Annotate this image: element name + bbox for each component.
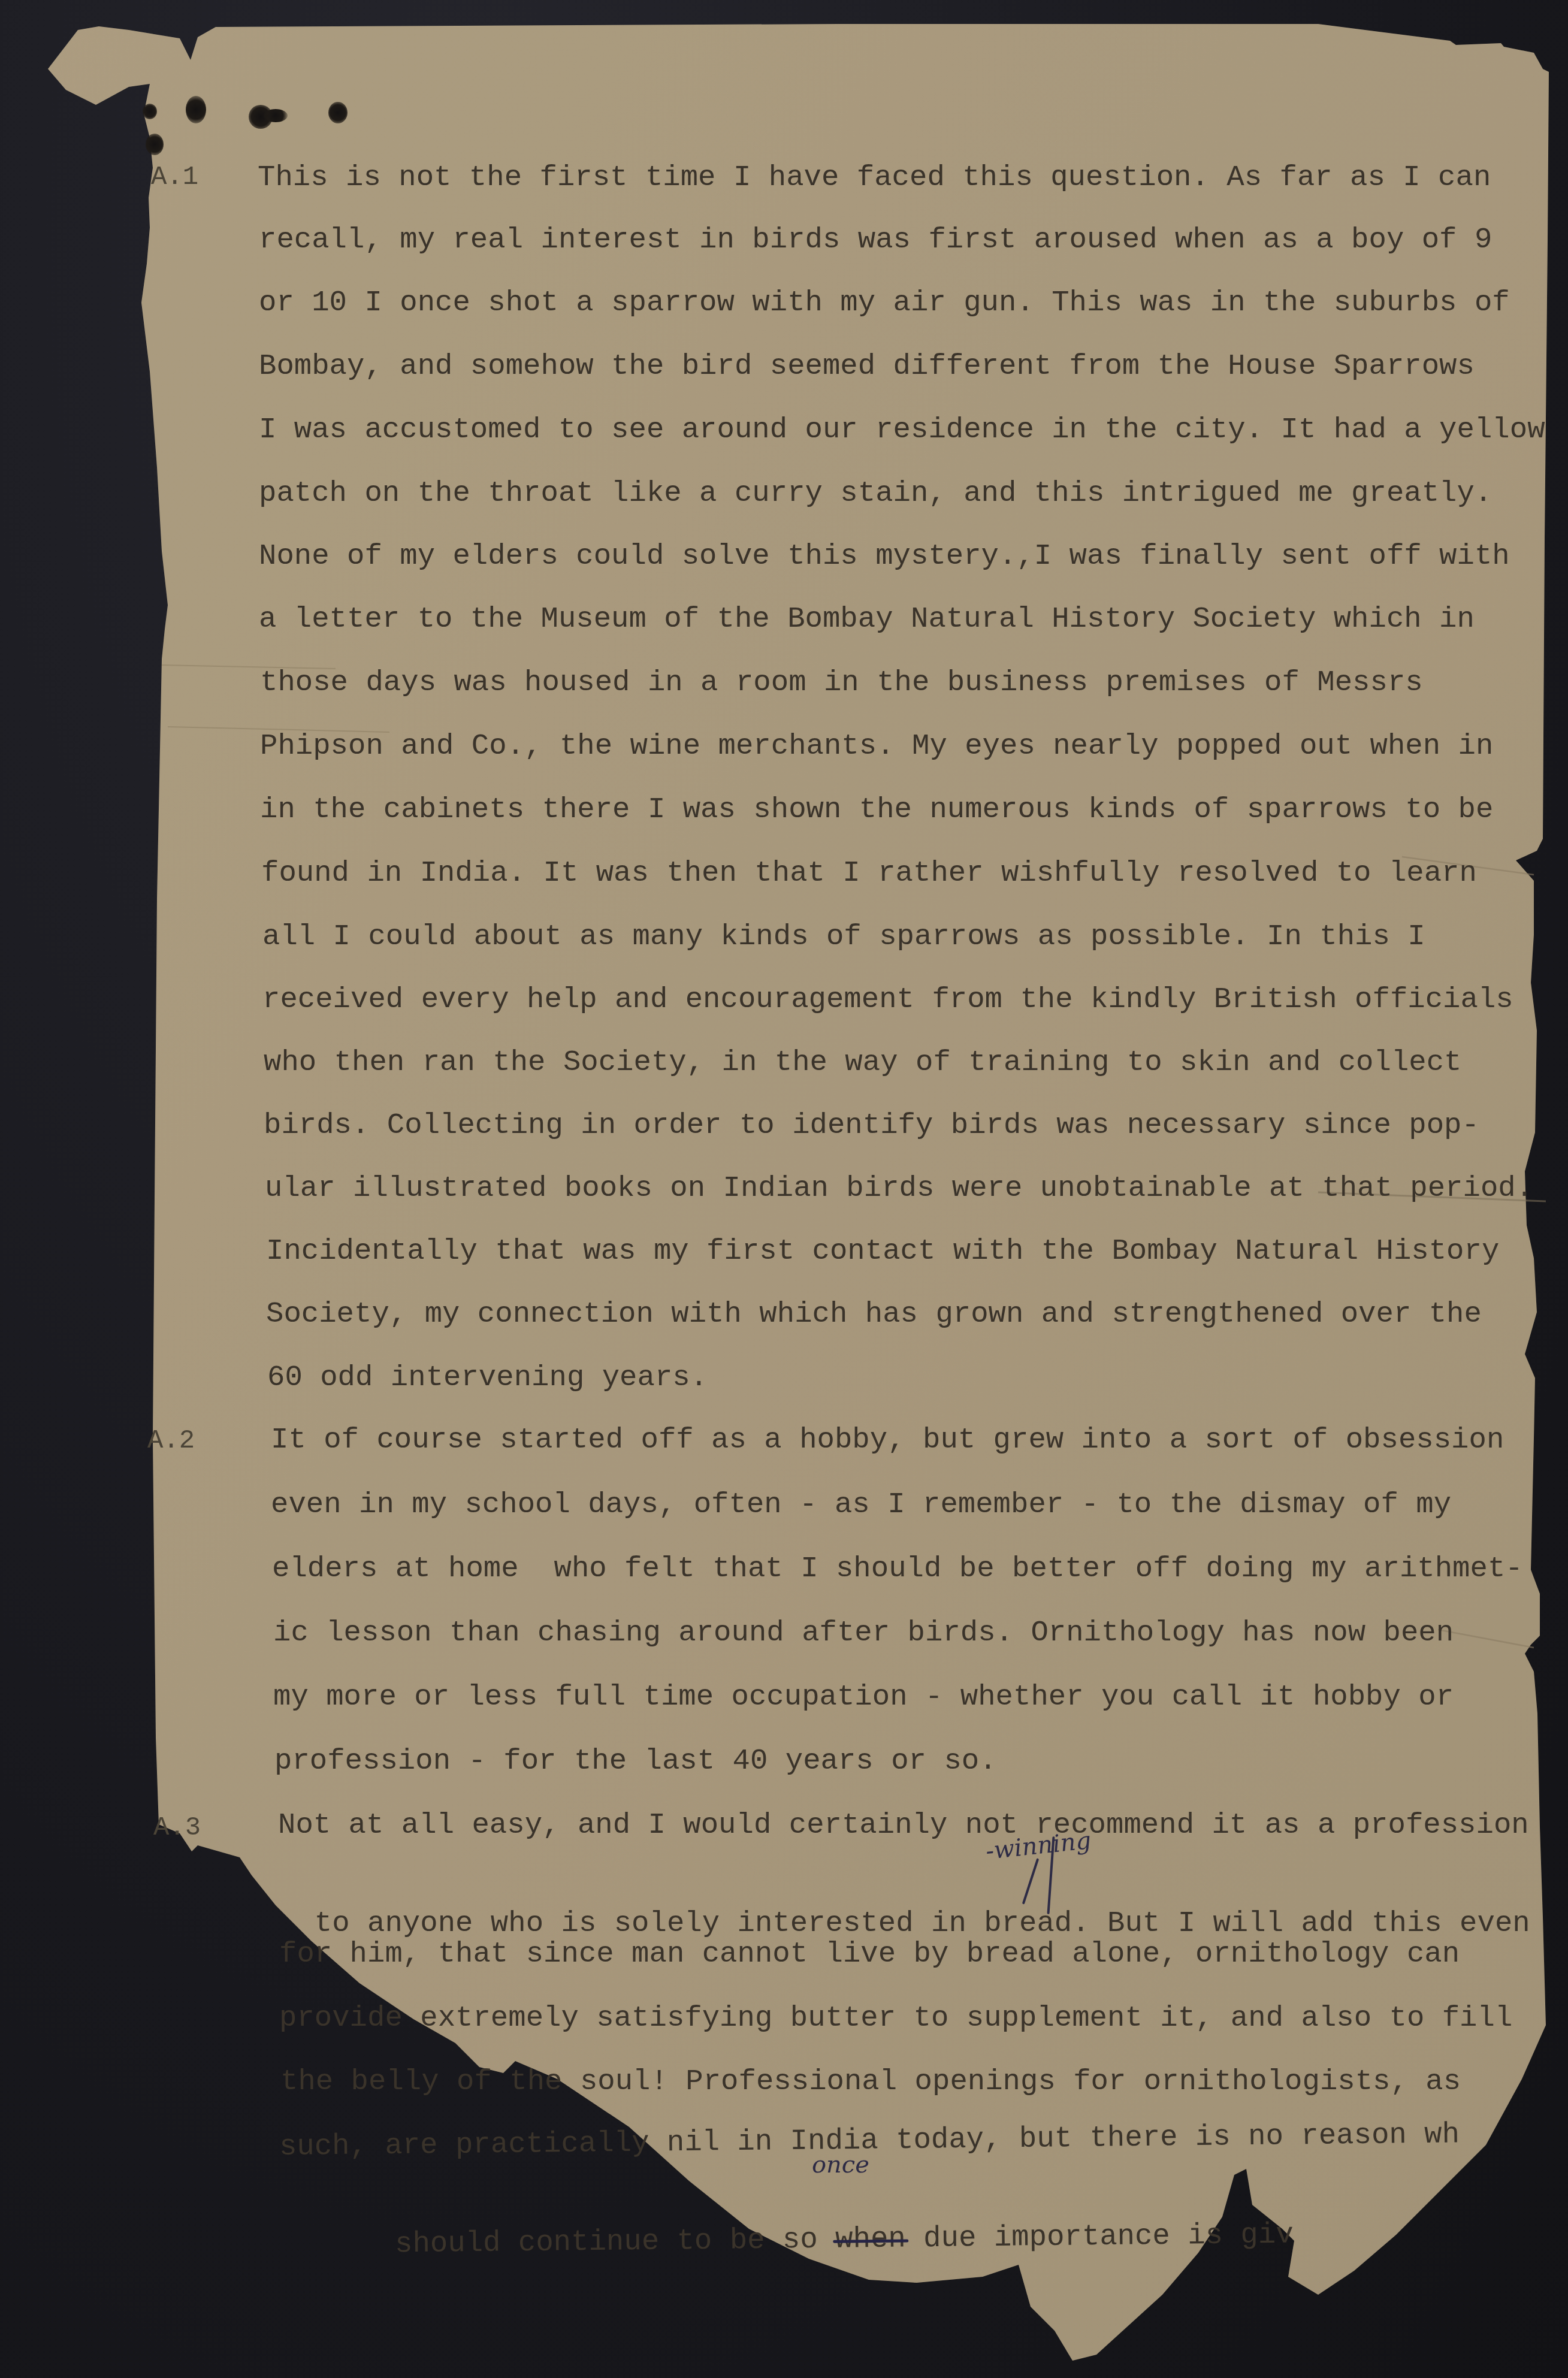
struck-word: when [835,2222,906,2256]
text-line: Not at all easy, and I would certainly n… [278,1808,1529,1842]
text-line: provide extremely satisfying butter to s… [279,2001,1512,2035]
handwritten-replacement: once [812,2151,869,2178]
text-line: or 10 I once shot a sparrow with my air … [259,286,1510,319]
text-line: recall, my real interest in birds was fi… [259,223,1492,256]
ink-spot [186,96,206,123]
text-line: found in India. It was then that I rathe… [261,856,1477,890]
text-line: even in my school days, often - as I rem… [271,1488,1451,1521]
text-line: This is not the first time I have faced … [258,161,1491,194]
text-line: 60 odd intervening years. [267,1361,708,1394]
text-segment: due importance is giv [906,2218,1294,2256]
text-line: Bombay, and somehow the bird seemed diff… [259,349,1475,383]
text-line: all I could about as many kinds of sparr… [262,920,1425,953]
ink-spot [328,102,348,123]
section-label-a1: A.1 [151,161,198,194]
text-segment: . But I will add this even [1072,1906,1530,1940]
text-line: profession - for the last 40 years or so… [274,1744,997,1778]
text-line: a letter to the Museum of the Bombay Nat… [259,602,1475,636]
text-segment: should continue to be so [395,2223,836,2261]
text-line-with-correction: should continue to be so when due import… [359,2184,1294,2261]
text-line: ic lesson than chasing around after bird… [273,1616,1454,1649]
text-segment: to anyone who is solely interested in br… [315,1906,1072,1940]
section-label-a2: A.2 [147,1424,195,1458]
text-line-with-insertion: to anyone who is solely interested in br… [279,1873,1530,1940]
text-line: who then ran the Society, in the way of … [264,1046,1462,1079]
text-line: I was accustomed to see around our resid… [259,413,1545,446]
text-line: It of course started off as a hobby, but… [271,1423,1504,1457]
text-line: Society, my connection with which has gr… [266,1297,1482,1331]
section-label-a3: A.3 [153,1811,201,1845]
text-line: my more or less full time occupation - w… [273,1680,1454,1714]
text-line: Incidentally that was my first contact w… [266,1234,1499,1268]
ink-spot [143,104,157,119]
text-line: Phipson and Co., the wine merchants. My … [260,729,1493,763]
text-line: the belly of the soul! Professional open… [280,2065,1461,2098]
ink-spot [146,134,164,155]
text-line: received every help and encouragement fr… [262,983,1513,1016]
text-line: in the cabinets there I was shown the nu… [260,793,1493,826]
text-line: those days was housed in a room in the b… [260,666,1423,699]
text-line: for him, that since man cannot live by b… [279,1937,1460,1971]
text-line: None of my elders could solve this myste… [259,539,1510,573]
text-line: elders at home who felt that I should be… [272,1552,1523,1585]
text-line: ular illustrated books on Indian birds w… [265,1171,1533,1205]
text-line: birds. Collecting in order to identify b… [264,1108,1479,1142]
text-line: patch on the throat like a curry stain, … [259,476,1492,510]
ink-spot [264,109,288,122]
